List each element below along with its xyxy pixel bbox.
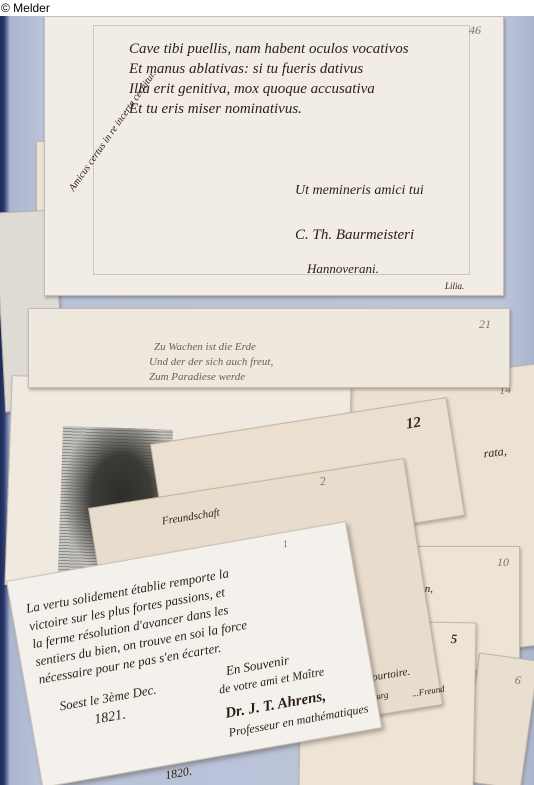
verse-line-1: Cave tibi puellis, nam habent oculos voc…: [129, 41, 409, 58]
sheet-21-line-1: Zu Wachen ist die Erde: [154, 341, 256, 353]
sheet-21-line-3: Zum Paradiese werde: [149, 371, 245, 383]
sheet-46: 46 Cave tibi puellis, nam habent oculos …: [44, 16, 504, 296]
signature-place: Hannoverani.: [307, 261, 379, 277]
page-number-12: 12: [405, 414, 422, 433]
signature-baurmeister: C. Th. Baurmeisteri: [295, 227, 414, 244]
lower-date-fragment: 1820.: [164, 764, 193, 783]
album-leaves-photo: 14 rata, 21 Zu Wachen ist die Erde Und d…: [0, 16, 534, 785]
page-number-2: 2: [319, 474, 327, 490]
sheet-21-line-2: Und der der sich auch freut,: [149, 356, 273, 368]
verse-line-3: Illa erit genitiva, mox quoque accusativ…: [129, 81, 375, 98]
page-number-21: 21: [479, 317, 491, 332]
card-5-fragment-3: ...Freund: [411, 684, 445, 699]
page-number-1: 1: [282, 539, 289, 551]
verse-line-2: Et manus ablativas: si tu fueris dativus: [129, 61, 363, 78]
verse-line-4: Et tu eris miser nominativus.: [129, 101, 302, 118]
card-2-fragment: Freundschaft: [161, 507, 220, 528]
page-number-5: 5: [451, 631, 458, 647]
corner-note: Lilia.: [445, 281, 464, 291]
sheet-14-fragment: rata,: [483, 444, 508, 462]
front-year: 1821.: [93, 707, 127, 728]
sheet-21: 21 Zu Wachen ist die Erde Und der der si…: [28, 308, 510, 388]
copyright-caption: © Melder: [1, 0, 50, 16]
page-number-6: 6: [514, 673, 522, 689]
page-number-46: 46: [469, 23, 481, 38]
closing-line: Ut memineris amici tui: [295, 183, 424, 199]
page-number-10: 10: [497, 555, 509, 570]
